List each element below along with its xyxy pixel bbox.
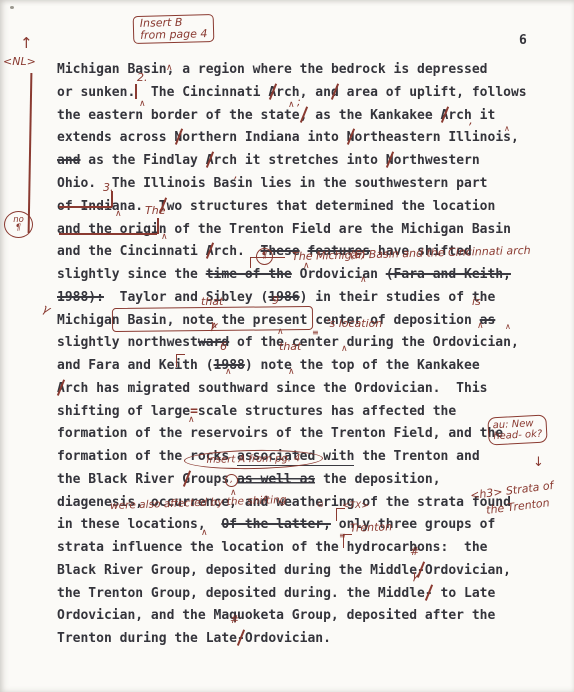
sentence-number-2: 2. [137,71,148,84]
typed-line: the eastern border of the state, as the … [57,108,495,124]
typed-line: formation of the reservoirs of the Trent… [57,426,503,442]
caret-mark: ∧ [277,328,284,337]
insert-bracket [336,508,345,521]
typed-line: Ordovician, and the Maquoketa Group, dep… [57,608,495,624]
reference-6-edit: 6 [220,340,227,353]
semicolon-fix-mark: ∧ [504,125,510,133]
typed-line: and as the Findlay Arch it stretches int… [57,153,480,169]
insert-that: that [201,295,223,308]
nl-margin-note: <NL> [3,55,36,68]
typed-line: and Fara and Keith (1988) note the top o… [57,358,480,374]
period-circled-mark: ⊙ [317,501,324,509]
caret-mark: ∧ [303,262,310,271]
typed-line: slightly since the time of the Ordovicia… [57,267,511,283]
up-arrow-mark: ↑ [20,34,33,52]
manuscript-page: 6 Michigan Basin, a region where the bed… [0,0,574,692]
typed-line: Black River Group, deposited during the … [57,563,511,579]
caret-mark: ∧ [288,101,295,110]
caret-mark: ∧ [115,210,122,219]
triple-underline-mark: ≡ [312,329,319,337]
comma-insert-circled: , [225,474,238,487]
insert-b-note: Insert B from page 4 [133,14,215,44]
run-in-mark [111,191,113,207]
comma-insert: , [234,167,238,181]
comma-insert: , [469,113,473,127]
delete-loop-mark: γ [40,301,52,317]
space-insert-mark: # [230,613,239,626]
insert-that: that [279,340,301,353]
typed-line: the Black River Groups as well as the de… [57,472,441,488]
typed-line: and the origin of the Trenton Field are … [57,222,511,238]
typed-line: shifting of large=scale structures has a… [57,404,456,420]
caret-mark: ∧ [139,100,146,109]
typed-line: strata influence the location of the hyd… [57,540,487,556]
author-query-note: au: New head- ok? [487,414,547,445]
reference-9-edit: 9 [272,294,279,307]
page-number: 6 [519,33,527,49]
run-in-line [59,233,157,235]
semicolon-fix-mark: ∧ [505,323,511,331]
delete-loop-mark: γ [411,567,420,582]
insert-bracket [343,534,352,548]
typed-line: the Trenton Group, deposited during. the… [57,586,495,602]
insert-the: The [145,204,165,217]
insert-bracket [176,354,185,367]
typed-line: in these locations, Of the latter, only … [57,517,495,533]
run-in-mark [157,218,159,234]
caret-mark: ∧ [225,368,232,377]
reference-6-insert: (6) [350,248,366,261]
caret-mark: ∧ [341,345,348,354]
insert-trenton: Trenton [350,520,393,534]
caret-mark: ∧ [188,416,195,425]
paragraph-mark: ¶ [256,248,273,265]
typed-line: Ohio. The Illinois Basin lies in the sou… [57,176,487,192]
caret-mark: ∧ [360,276,367,285]
caret-mark: ∧ [288,368,295,377]
down-arrow-mark: ↓ [533,455,544,470]
caret-mark: ∧ [161,233,168,242]
no-paragraph-mark: no ¶ [4,211,33,238]
margin-scope-line [28,73,32,233]
tx-tag-note: <TX> [342,501,369,511]
caret-mark: ∧ [166,64,173,73]
semicolon-insert: ; [297,95,301,108]
run-in-line [59,206,112,208]
run-in-mark [135,84,137,99]
typed-line: Michigan Basin, a region where the bedro… [57,62,487,78]
typed-line: Trenton during the Late-Ordovician. [57,631,331,647]
typed-line: of Indiana. Two structures that determin… [57,199,495,215]
insert-is: is [472,295,481,308]
typed-line: or sunken. The Cincinnati Arch, and area… [57,85,527,101]
caret-mark: ∧ [477,322,484,331]
caret-mark: ∧ [201,529,208,538]
typed-line: Arch has migrated southward since the Or… [57,381,487,397]
space-insert-mark: # [410,545,419,558]
typed-line: extends across Northern Indiana into Nor… [57,130,519,146]
scan-speck [10,6,14,9]
insert-s-location: ’s location [326,317,382,330]
